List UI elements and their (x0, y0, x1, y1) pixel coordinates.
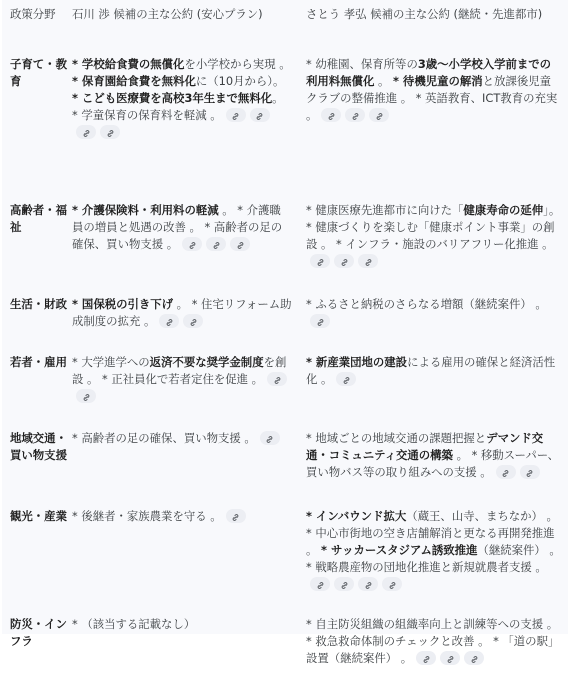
source-link-button[interactable] (382, 577, 402, 591)
link-icon (525, 466, 534, 480)
source-link-button[interactable] (206, 237, 226, 251)
ishikawa-pledge-cell: * （該当する記載なし） (72, 610, 304, 634)
ishikawa-pledge-cell: * 学校給食費の無償化を小学校から実現 。 * 保育園給食費を無料化に（10月か… (72, 50, 304, 196)
ishikawa-pledge-cell: * 大学進学への返済不要な奨学金制度を創設 。 * 正社員化で若者定住を促進 。 (72, 348, 304, 424)
emphasized-text: * 学校給食費の無償化 (72, 57, 184, 71)
ishikawa-pledge-cell: * 高齢者の足の確保、買い物支援 。 (72, 424, 304, 502)
sato-pledge-cell: * 新産業団地の建設による雇用の確保と経済活性化 。 (304, 348, 568, 424)
emphasized-text: * 保育園給食費を無料化 (72, 74, 196, 88)
table-body: 子育て・教育* 学校給食費の無償化を小学校から実現 。 * 保育園給食費を無料化… (2, 50, 568, 634)
policy-comparison-table: 政策分野 石川 渉 候補の主な公約 (安心プラン) さとう 孝弘 候補の主な公約… (2, 0, 568, 634)
emphasized-text: * インバウンド拡大 (306, 509, 406, 523)
source-link-button[interactable] (310, 254, 330, 268)
link-icon (316, 578, 325, 592)
source-link-button[interactable] (321, 108, 341, 122)
source-link-button[interactable] (336, 372, 356, 386)
source-link-button[interactable] (260, 431, 280, 445)
link-icon (106, 126, 115, 140)
link-icon (316, 315, 325, 329)
sato-pledge-cell: * インバウンド拡大（蔵王、山寺、まちなか） 。 * 中心市街地の空き店舗解消と… (304, 502, 568, 610)
sato-pledge-cell: * 自主防災組織の組織率向上と訓練等への支援 。 * 救急救命体制のチェックと改… (304, 610, 568, 634)
category-cell: 観光・産業 (2, 502, 72, 610)
text: * 幼稚園、保育所等の (306, 57, 418, 71)
link-icon (501, 466, 510, 480)
emphasized-text: * 新産業団地の建設 (306, 355, 407, 369)
source-link-button[interactable] (334, 577, 354, 591)
source-link-button[interactable] (369, 108, 389, 122)
table-row: 生活・財政* 国保税の引き下げ 。 * 住宅リフォーム助成制度の拡充 。* ふる… (2, 290, 568, 348)
link-icon (82, 390, 91, 404)
source-link-button[interactable] (358, 254, 378, 268)
source-link-button[interactable] (250, 108, 270, 122)
table-row: 観光・産業* 後継者・家族農業を守る 。* インバウンド拡大（蔵王、山寺、まちな… (2, 502, 568, 610)
category-cell: 防災・インフラ (2, 610, 72, 634)
source-link-button[interactable] (520, 465, 540, 479)
ishikawa-pledge-cell: * 後継者・家族農業を守る 。 (72, 502, 304, 610)
table-header-row: 政策分野 石川 渉 候補の主な公約 (安心プラン) さとう 孝弘 候補の主な公約… (2, 0, 568, 50)
emphasized-text: * 国保税の引き下げ (72, 297, 173, 311)
table-row: 地域交通・買い物支援* 高齢者の足の確保、買い物支援 。* 地域ごとの地域交通の… (2, 424, 568, 502)
text: 。 (374, 74, 393, 88)
link-icon (327, 109, 336, 123)
header-sato: さとう 孝弘 候補の主な公約 (継続・先進都市) (304, 0, 568, 50)
source-link-button[interactable] (267, 372, 287, 386)
link-icon (236, 238, 245, 252)
source-link-button[interactable] (100, 125, 120, 139)
link-icon (231, 510, 240, 524)
emphasized-text: * 介護保険料・利用料の軽減 (72, 203, 219, 217)
sato-pledge-cell: * 健康医療先進都市に向けた「健康寿命の延伸」。 * 健康づくりを楽しむ「健康ポ… (304, 196, 568, 290)
link-icon (340, 255, 349, 269)
text: * （該当する記載なし） (72, 617, 195, 631)
emphasized-text: * こども医療費を高校3年生まで無料化 (72, 91, 272, 105)
link-icon (212, 238, 221, 252)
emphasized-text: 健康寿命の延伸 (463, 203, 543, 217)
table-row: 子育て・教育* 学校給食費の無償化を小学校から実現 。 * 保育園給食費を無料化… (2, 50, 568, 196)
sato-pledge-cell: * 地域ごとの地域交通の課題把握とデマンド交通・コミュニティ交通の構築 。 * … (304, 424, 568, 502)
sato-pledge-cell: * ふるさと納税のさらなる増額（継続案件） 。 (304, 290, 568, 348)
link-icon (189, 315, 198, 329)
text: * 大学進学への (72, 355, 150, 369)
source-link-button[interactable] (345, 108, 365, 122)
source-link-button[interactable] (334, 254, 354, 268)
emphasized-text: * 待機児童の解消 (393, 74, 483, 88)
link-icon (231, 109, 240, 123)
table-row: 若者・雇用* 大学進学への返済不要な奨学金制度を創設 。 * 正社員化で若者定住… (2, 348, 568, 424)
text: * 健康医療先進都市に向けた「 (306, 203, 463, 217)
source-link-button[interactable] (496, 465, 516, 479)
sato-pledge-cell: * 幼稚園、保育所等の3歳〜小学校入学前までの利用料無償化 。 * 待機児童の解… (304, 50, 568, 196)
source-link-button[interactable] (183, 314, 203, 328)
link-icon (364, 255, 373, 269)
link-icon (316, 255, 325, 269)
source-link-button[interactable] (182, 237, 202, 251)
link-icon (255, 109, 264, 123)
link-icon (188, 238, 197, 252)
emphasized-text: * サッカースタジアム誘致推進 (321, 543, 477, 557)
source-link-button[interactable] (230, 237, 250, 251)
category-cell: 生活・財政 (2, 290, 72, 348)
link-icon (165, 315, 174, 329)
category-cell: 子育て・教育 (2, 50, 72, 196)
link-icon (340, 578, 349, 592)
header-ishikawa: 石川 渉 候補の主な公約 (安心プラン) (72, 0, 304, 50)
source-link-button[interactable] (226, 108, 246, 122)
header-category: 政策分野 (2, 0, 72, 50)
source-link-button[interactable] (76, 389, 96, 403)
category-cell: 地域交通・買い物支援 (2, 424, 72, 502)
text: * 高齢者の足の確保、買い物支援 。 (72, 431, 256, 445)
source-link-button[interactable] (226, 509, 246, 523)
link-icon (375, 109, 384, 123)
ishikawa-pledge-cell: * 介護保険料・利用料の軽減 。 * 介護職員の増員と処遇の改善 。 * 高齢者… (72, 196, 304, 290)
source-link-button[interactable] (159, 314, 179, 328)
link-icon (273, 373, 282, 387)
link-icon (82, 126, 91, 140)
link-icon (388, 578, 397, 592)
source-link-button[interactable] (310, 577, 330, 591)
table-row: 防災・インフラ* （該当する記載なし）* 自主防災組織の組織率向上と訓練等への支… (2, 610, 568, 634)
text: に（10月から）。 (196, 74, 285, 88)
category-cell: 若者・雇用 (2, 348, 72, 424)
category-cell: 高齢者・福祉 (2, 196, 72, 290)
comparison-table-container: 政策分野 石川 渉 候補の主な公約 (安心プラン) さとう 孝弘 候補の主な公約… (2, 0, 568, 634)
emphasized-text: 返済不要な奨学金制度 (150, 355, 264, 369)
source-link-button[interactable] (76, 125, 96, 139)
text: を小学校から実現 。 (184, 57, 290, 71)
link-icon (342, 373, 351, 387)
ishikawa-pledge-cell: * 国保税の引き下げ 。 * 住宅リフォーム助成制度の拡充 。 (72, 290, 304, 348)
text: * 後継者・家族農業を守る 。 (72, 509, 222, 523)
text: * 地域ごとの地域交通の課題把握と (306, 431, 486, 445)
link-icon (351, 109, 360, 123)
link-icon (265, 432, 274, 446)
text: * ふるさと納税のさらなる増額（継続案件） 。 (306, 297, 547, 311)
source-link-button[interactable] (358, 577, 378, 591)
source-link-button[interactable] (310, 314, 330, 328)
link-icon (364, 578, 373, 592)
table-row: 高齢者・福祉* 介護保険料・利用料の軽減 。 * 介護職員の増員と処遇の改善 。… (2, 196, 568, 290)
text: * 自主防災組織の組織率向上と訓練等への支援 。 * 救急救命体制のチェックと改… (306, 617, 559, 634)
